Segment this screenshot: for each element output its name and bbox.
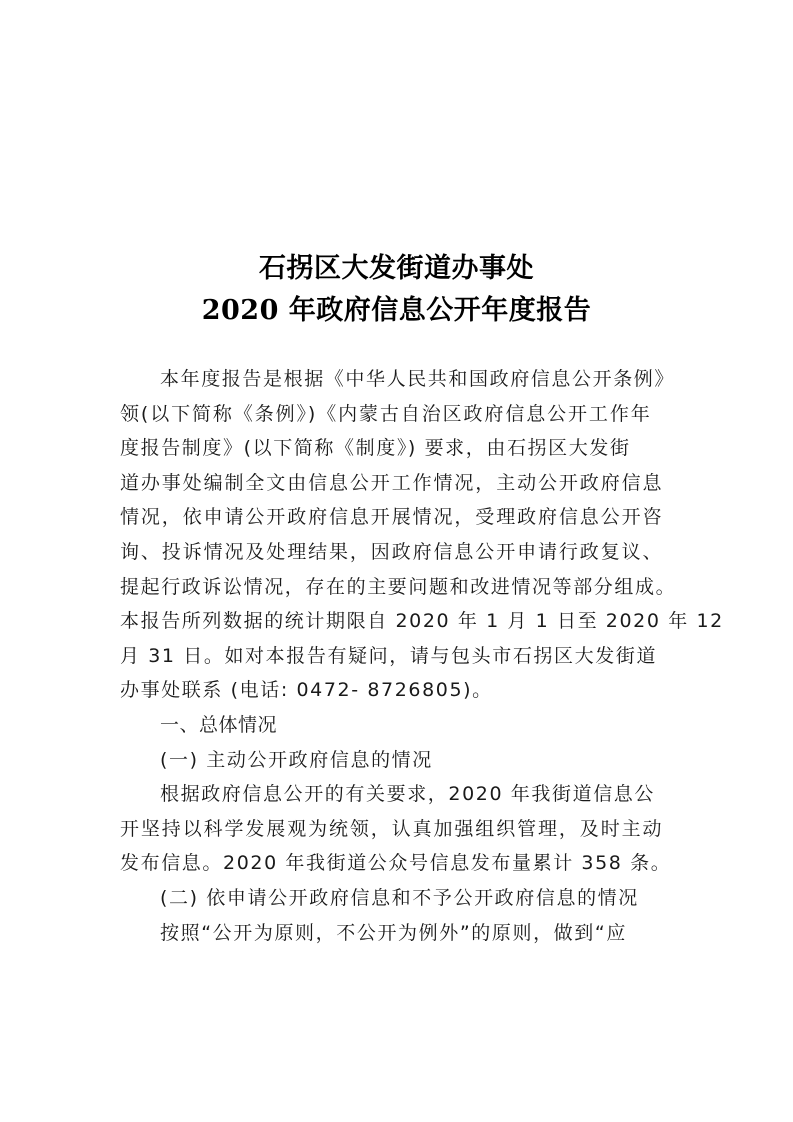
subsection-heading: (二) 依申请公开政府信息和不予公开政府信息的情况 [120, 881, 695, 916]
paragraph-line: 领(以下简称《条例》)《内蒙古自治区政府信息公开工作年 [120, 397, 695, 432]
paragraph-line: 办事处联系 (电话: 0472- 8726805)。 [120, 673, 695, 708]
section-overall: 一、总体情况 (一) 主动公开政府信息的情况 根据政府信息公开的有关要求，202… [120, 708, 695, 950]
paragraph-line: 本年度报告是根据《中华人民共和国政府信息公开条例》 [120, 362, 695, 397]
paragraph-line: 月 31 日。如对本报告有疑问，请与包头市石拐区大发街道 [120, 639, 695, 674]
paragraph-line: 提起行政诉讼情况，存在的主要问题和改进情况等部分组成。 [120, 570, 695, 605]
paragraph-line: 情况，依申请公开政府信息开展情况，受理政府信息公开咨 [120, 500, 695, 535]
paragraph-line: 发布信息。2020 年我街道公众号信息发布量累计 358 条。 [120, 846, 695, 881]
subsection-heading: (一) 主动公开政府信息的情况 [120, 743, 695, 778]
report-body: 本年度报告是根据《中华人民共和国政府信息公开条例》 领(以下简称《条例》)《内蒙… [120, 362, 695, 950]
title-line-1: 石拐区大发街道办事处 [0, 248, 793, 290]
paragraph-line: 按照“公开为原则，不公开为例外”的原则，做到“应 [120, 916, 695, 951]
document-page: 石拐区大发街道办事处 2020 年政府信息公开年度报告 本年度报告是根据《中华人… [0, 0, 793, 1122]
paragraph-line: 本报告所列数据的统计期限自 2020 年 1 月 1 日至 2020 年 12 [120, 604, 695, 639]
paragraph-line: 开坚持以科学发展观为统领，认真加强组织管理，及时主动 [120, 812, 695, 847]
paragraph-line: 根据政府信息公开的有关要求，2020 年我街道信息公 [120, 777, 695, 812]
paragraph-line: 道办事处编制全文由信息公开工作情况，主动公开政府信息 [120, 466, 695, 501]
paragraph-line: 度报告制度》(以下简称《制度》) 要求，由石拐区大发街 [120, 431, 695, 466]
section-heading: 一、总体情况 [120, 708, 695, 743]
report-title: 石拐区大发街道办事处 2020 年政府信息公开年度报告 [0, 248, 793, 332]
title-line-2: 2020 年政府信息公开年度报告 [0, 290, 793, 332]
paragraph-line: 询、投诉情况及处理结果，因政府信息公开申请行政复议、 [120, 535, 695, 570]
intro-paragraph: 本年度报告是根据《中华人民共和国政府信息公开条例》 领(以下简称《条例》)《内蒙… [120, 362, 695, 708]
